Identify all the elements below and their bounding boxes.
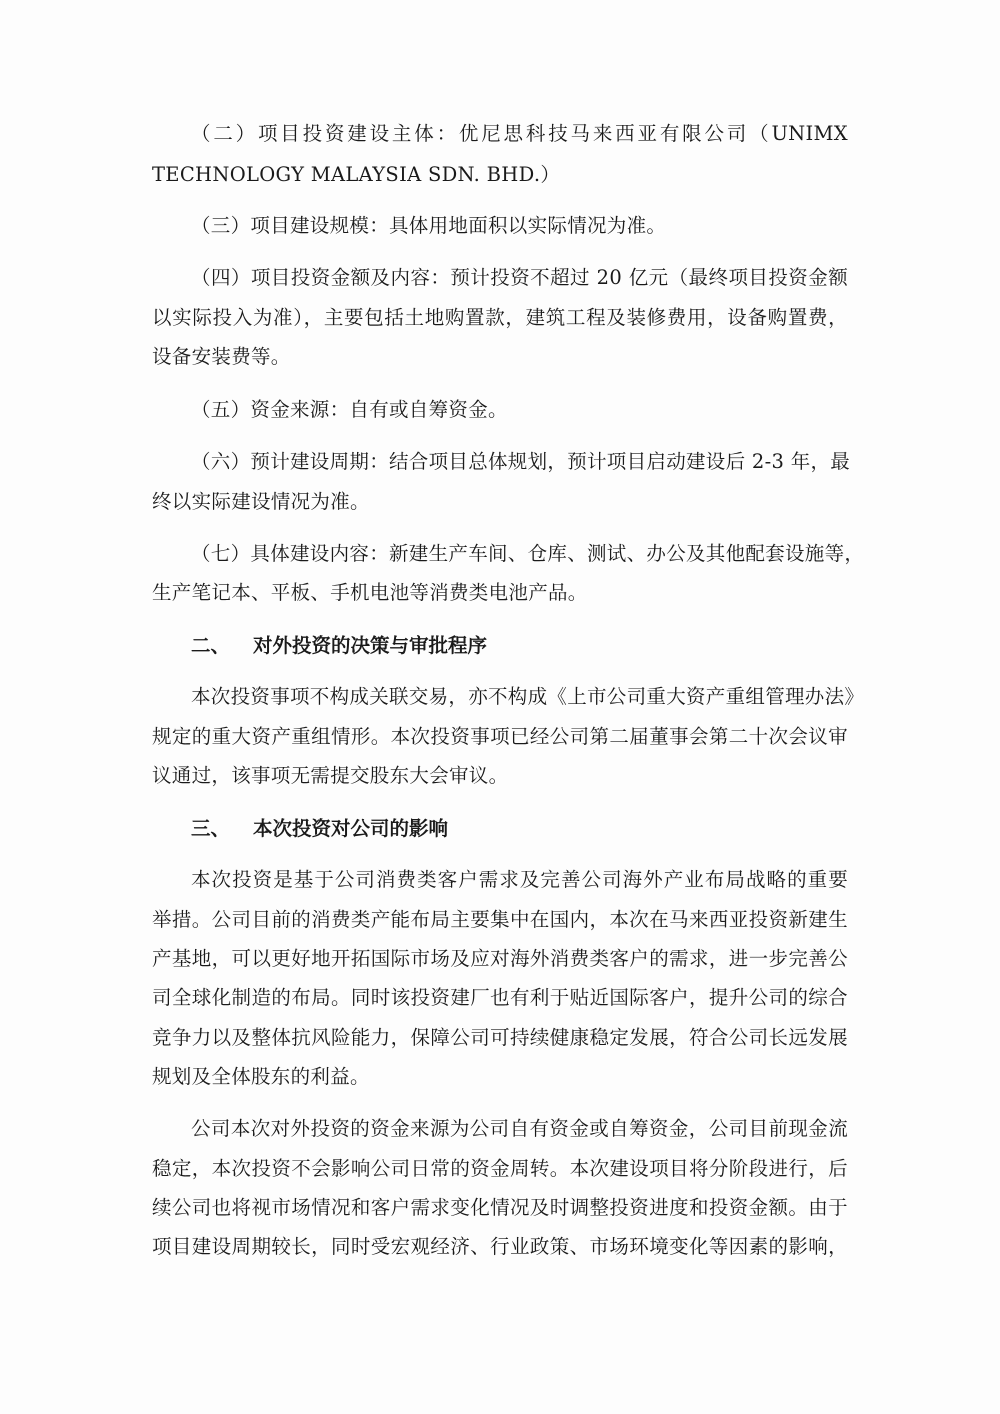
- section-number: 三、: [191, 815, 253, 843]
- text-line: TECHNOLOGY MALAYSIA SDN. BHD.）: [152, 161, 852, 189]
- text-line: 稳定，本次投资不会影响公司日常的资金周转。本次建设项目将分阶段进行，后: [152, 1155, 848, 1183]
- section-number: 二、: [191, 632, 253, 660]
- text-line: 公司本次对外投资的资金来源为公司自有资金或自筹资金，公司目前现金流: [191, 1115, 848, 1143]
- text-line: （六）预计建设周期：结合项目总体规划，预计项目启动建设后 2-3 年，最: [191, 448, 848, 476]
- text-line: 竞争力以及整体抗风险能力，保障公司可持续健康稳定发展，符合公司长远发展: [152, 1024, 848, 1052]
- text-line: 生产笔记本、平板、手机电池等消费类电池产品。: [152, 579, 852, 607]
- section-title: 本次投资对公司的影响: [253, 817, 448, 840]
- text-line: （四）项目投资金额及内容：预计投资不超过 20 亿元（最终项目投资金额: [191, 264, 848, 292]
- text-line: 本次投资事项不构成关联交易，亦不构成《上市公司重大资产重组管理办法》: [191, 683, 848, 711]
- text-line: （七）具体建设内容：新建生产车间、仓库、测试、办公及其他配套设施等，: [191, 540, 848, 568]
- section-heading-2: 二、对外投资的决策与审批程序: [191, 632, 487, 660]
- text-line: 以实际投入为准），主要包括土地购置款，建筑工程及装修费用，设备购置费，: [152, 304, 848, 332]
- text-line: （五）资金来源：自有或自筹资金。: [191, 396, 891, 424]
- text-line: 续公司也将视市场情况和客户需求变化情况及时调整投资进度和投资金额。由于: [152, 1194, 848, 1222]
- document-page: （二）项目投资建设主体：优尼思科技马来西亚有限公司（UNIMX TECHNOLO…: [0, 0, 1000, 1414]
- text-line: （二）项目投资建设主体：优尼思科技马来西亚有限公司（UNIMX: [191, 120, 848, 148]
- section-title: 对外投资的决策与审批程序: [253, 634, 487, 657]
- text-line: 规划及全体股东的利益。: [152, 1063, 852, 1091]
- text-line: 议通过，该事项无需提交股东大会审议。: [152, 762, 852, 790]
- text-line: 规定的重大资产重组情形。本次投资事项已经公司第二届董事会第二十次会议审: [152, 723, 848, 751]
- text-line: 举措。公司目前的消费类产能布局主要集中在国内，本次在马来西亚投资新建生: [152, 906, 848, 934]
- text-line: 终以实际建设情况为准。: [152, 488, 852, 516]
- text-line: 设备安装费等。: [152, 343, 852, 371]
- text-line: 司全球化制造的布局。同时该投资建厂也有利于贴近国际客户，提升公司的综合: [152, 984, 848, 1012]
- text-line: 本次投资是基于公司消费类客户需求及完善公司海外产业布局战略的重要: [191, 866, 848, 894]
- section-heading-3: 三、本次投资对公司的影响: [191, 815, 448, 843]
- text-line: 项目建设周期较长，同时受宏观经济、行业政策、市场环境变化等因素的影响，: [152, 1233, 848, 1261]
- text-line: 产基地，可以更好地开拓国际市场及应对海外消费类客户的需求，进一步完善公: [152, 945, 848, 973]
- text-line: （三）项目建设规模：具体用地面积以实际情况为准。: [191, 212, 891, 240]
